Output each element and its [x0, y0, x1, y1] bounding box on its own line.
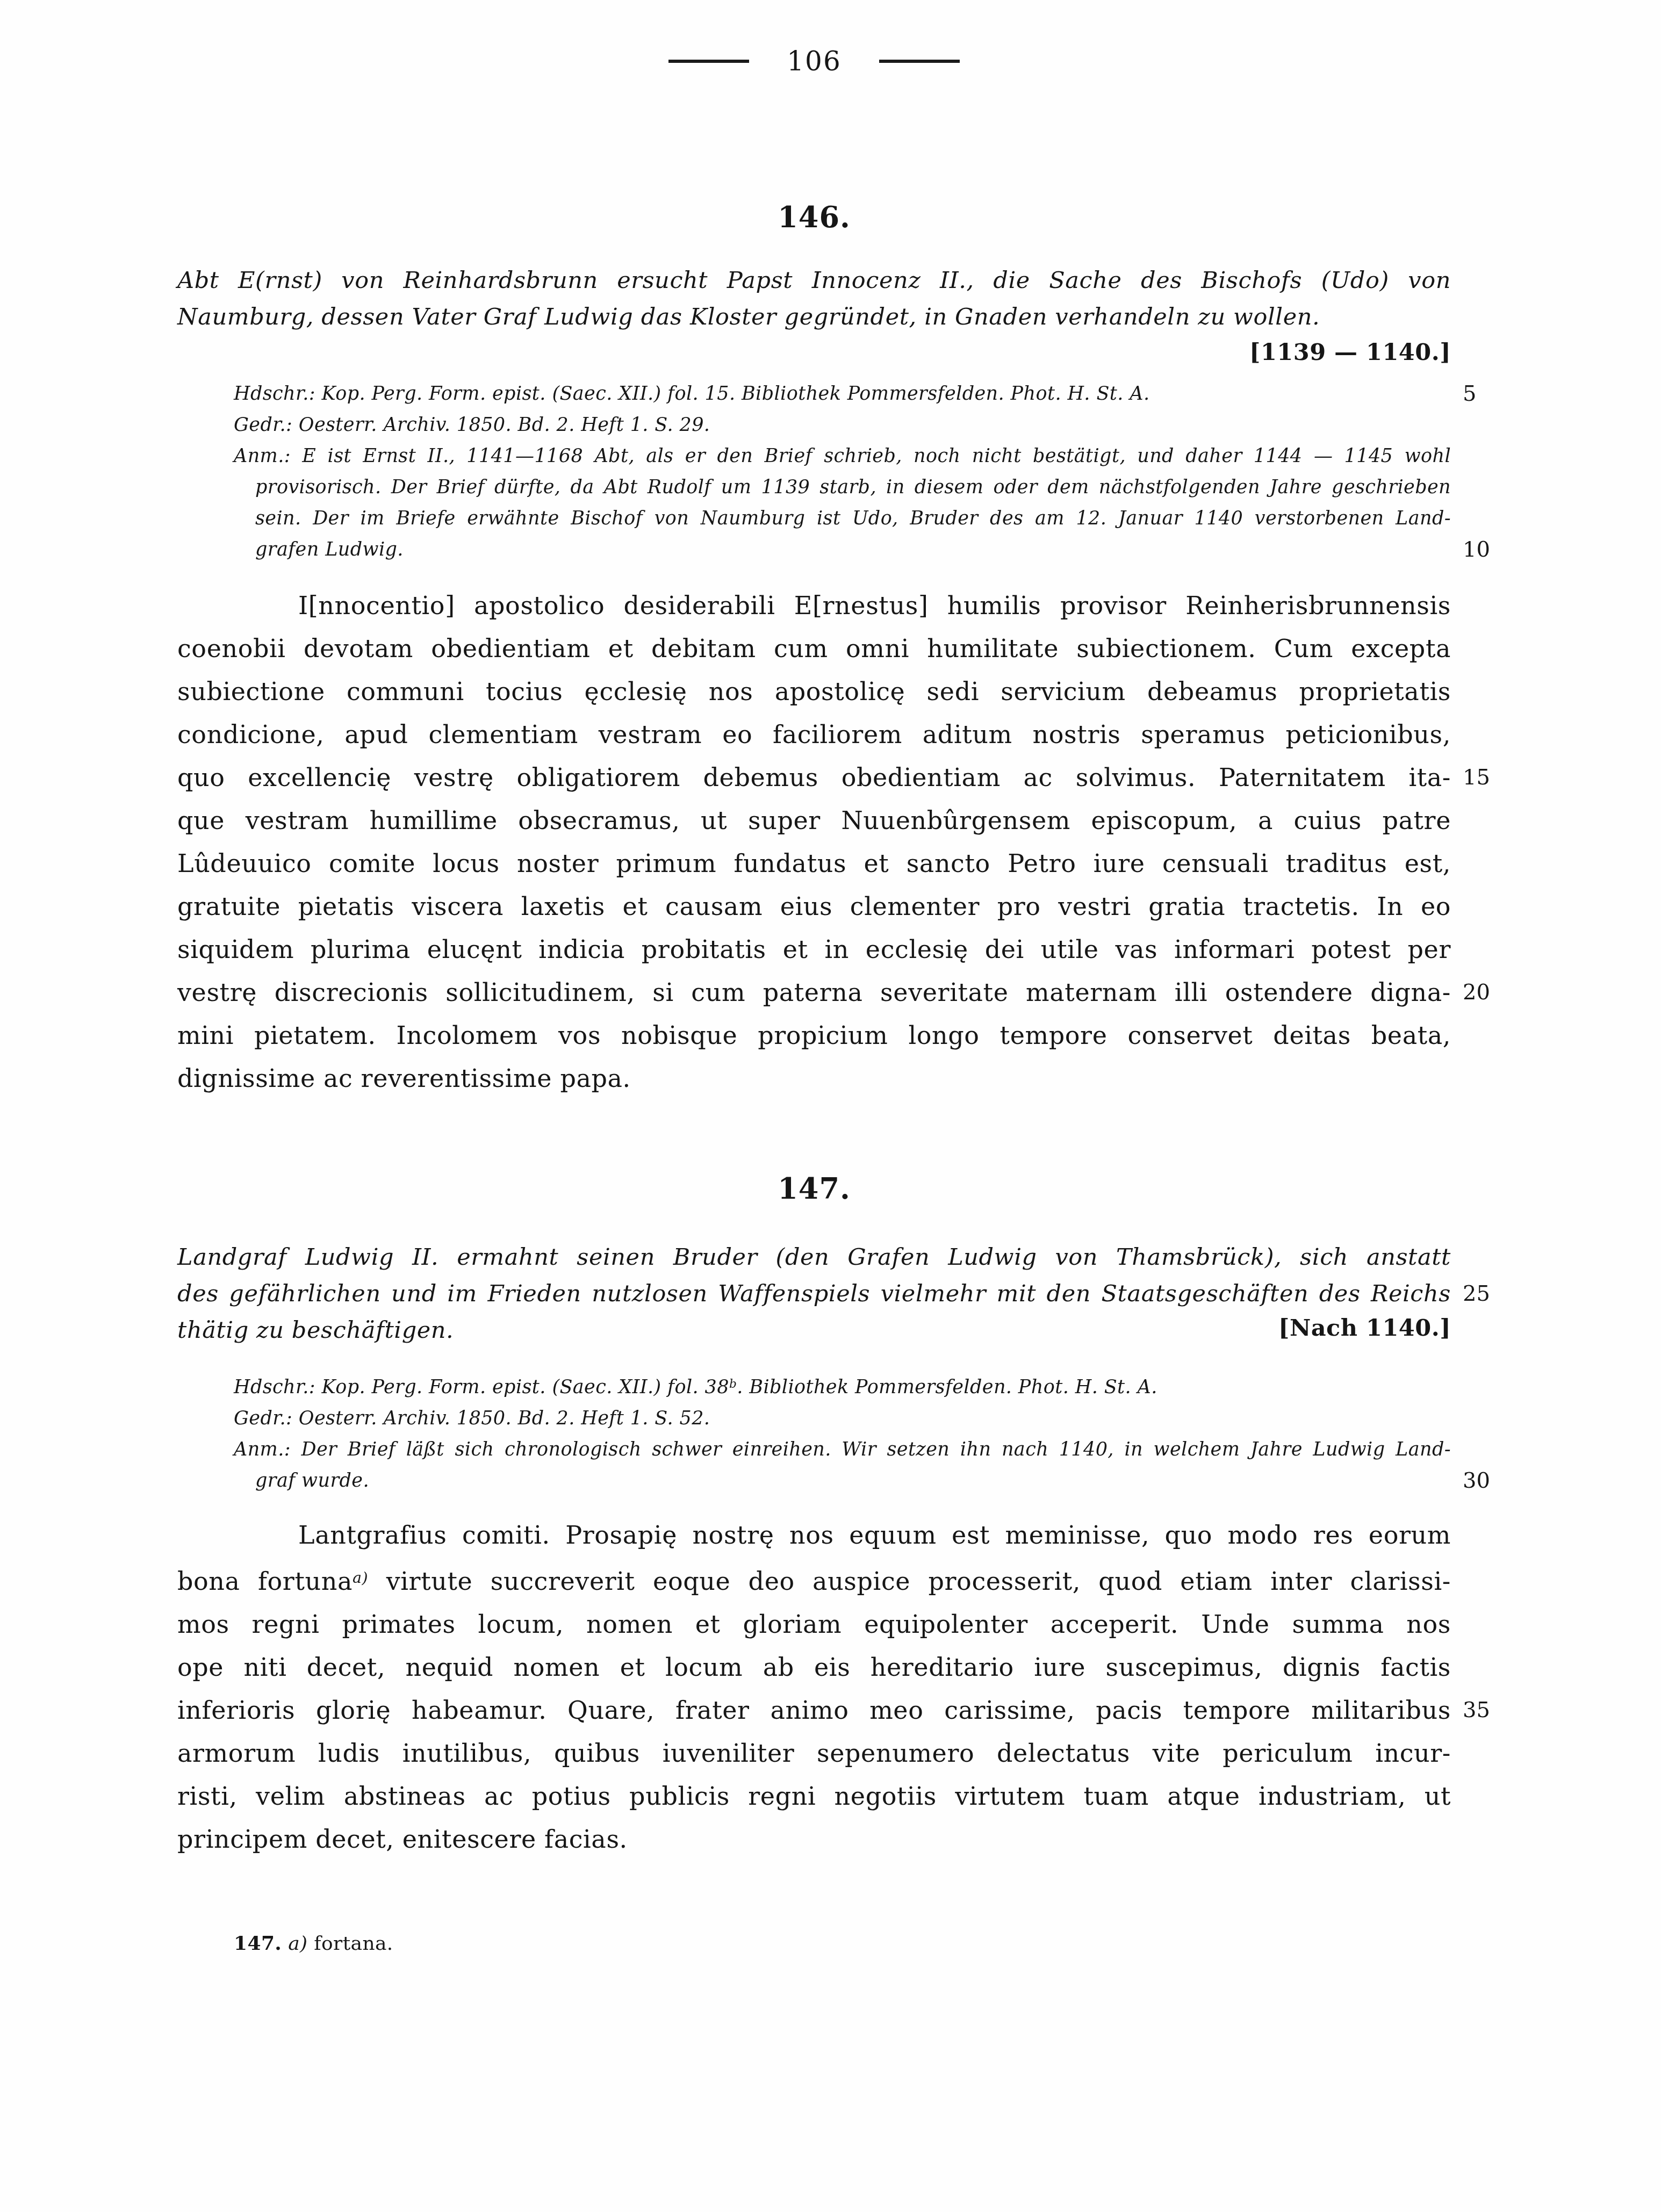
margin-line-number-15: 15: [1463, 756, 1522, 799]
header-left-rule: [668, 60, 749, 63]
footnote-doc-number: 147.: [234, 1932, 282, 1955]
doc146-summary-line: Abt E(rnst) von Reinhardsbrunn ersucht P…: [177, 262, 1451, 299]
doc147-body-line: mos regni primates locum, nomen et glori…: [177, 1603, 1451, 1646]
doc147-anm-line: Anm.: Der Brief läßt sich chronologisch …: [177, 1434, 1451, 1465]
doc146-heading: 146.: [177, 200, 1451, 234]
doc147-gedr-line: Gedr.: Oesterr. Archiv. 1850. Bd. 2. Hef…: [177, 1403, 1451, 1434]
doc147-date: [Nach 1140.]: [1278, 1312, 1451, 1344]
margin-line-number-10: 10: [1463, 534, 1522, 565]
body-text: bona fortuna: [177, 1567, 353, 1596]
doc146-body-line: coenobii devotam obedientiam et debitam …: [177, 627, 1451, 670]
body-text: quo excellencię vestrę obligatiorem debe…: [177, 763, 1451, 792]
doc147-body-line: ope niti decet, nequid nomen et locum ab…: [177, 1646, 1451, 1689]
doc146-anm-line: provisorisch. Der Brief dürfte, da Abt R…: [177, 472, 1451, 503]
doc146-body-line: vestrę discrecionis sollicitudinem, si c…: [177, 971, 1451, 1014]
doc146-body-line: gratuite pietatis viscera laxetis et cau…: [177, 885, 1451, 928]
gedr-label: Gedr.:: [234, 414, 292, 436]
doc146-body-line: I[nnocentio] apostolico desiderabili E[r…: [177, 584, 1451, 627]
body-text: inferioris glorię habeamur. Quare, frate…: [177, 1696, 1451, 1725]
doc146-summary-line: Naumburg, dessen Vater Graf Ludwig das K…: [177, 299, 1451, 335]
anm-text: graf wurde.: [255, 1470, 369, 1492]
page-header: 106: [177, 44, 1451, 78]
margin-line-number-5: 5: [1463, 378, 1522, 409]
margin-line-number-30: 30: [1463, 1465, 1522, 1496]
doc146-date: [1139 — 1140.]: [177, 336, 1451, 369]
hdschr-text: . Bibliothek Pommersfelden. Phot. H. St.…: [737, 1377, 1157, 1398]
doc147-summary-line: thätig zu beschäftigen.[Nach 1140.]: [177, 1312, 1451, 1349]
footnote-mark-superscript: a): [353, 1569, 368, 1587]
doc147-summary-line: des gefährlichen und im Frieden nutzlose…: [177, 1276, 1451, 1312]
doc147-hdschr-line: Hdschr.: Kop. Perg. Form. epist. (Saec. …: [177, 1369, 1451, 1403]
doc147-body-line: principem decet, enitescere facias.: [177, 1818, 1451, 1861]
doc147-heading: 147.: [177, 1171, 1451, 1206]
hdschr-text: Kop. Perg. Form. epist. (Saec. XII.) fol…: [315, 383, 1149, 405]
footnote: 147. a) fortana.: [177, 1930, 1507, 1957]
body-text: virtute succreverit eoque deo auspice pr…: [368, 1567, 1451, 1596]
hdschr-label: Hdschr.:: [234, 1377, 315, 1398]
doc146-body: I[nnocentio] apostolico desiderabili E[r…: [177, 584, 1451, 1100]
doc147-body-line: Lantgrafius comiti. Prosapię nostrę nos …: [177, 1514, 1451, 1557]
gedr-label: Gedr.:: [234, 1408, 292, 1429]
gedr-text: Oesterr. Archiv. 1850. Bd. 2. Heft 1. S.…: [292, 414, 710, 436]
doc146-body-line: condicione, apud clementiam vestram eo f…: [177, 713, 1451, 756]
anm-label: Anm.:: [234, 445, 291, 467]
doc147-body-line: armorum ludis inutilibus, quibus iuvenil…: [177, 1732, 1451, 1775]
doc147-summary: Landgraf Ludwig II. ermahnt seinen Brude…: [177, 1239, 1451, 1349]
doc147-references: Hdschr.: Kop. Perg. Form. epist. (Saec. …: [177, 1369, 1451, 1496]
doc147-body-line: risti, velim abstineas ac potius publici…: [177, 1775, 1451, 1818]
margin-line-number-35: 35: [1463, 1689, 1522, 1732]
anm-label: Anm.:: [234, 1439, 291, 1460]
body-text: vestrę discrecionis sollicitudinem, si c…: [177, 978, 1451, 1007]
anm-text: grafen Ludwig.: [255, 539, 404, 560]
summary-text: des gefährlichen und im Frieden nutzlose…: [177, 1280, 1451, 1307]
doc147-anm-line: graf wurde.30: [177, 1465, 1451, 1496]
doc146-body-line: dignissime ac reverentissime papa.: [177, 1057, 1451, 1100]
doc146-body-line: quo excellencię vestrę obligatiorem debe…: [177, 756, 1451, 799]
hdschr-text: Kop. Perg. Form. epist. (Saec. XII.) fol…: [315, 1377, 729, 1398]
doc147-body-line: inferioris glorię habeamur. Quare, frate…: [177, 1689, 1451, 1732]
header-right-rule: [879, 60, 960, 63]
doc146-anm-line: Anm.: E ist Ernst II., 1141—1168 Abt, al…: [177, 441, 1451, 472]
page-number: 106: [787, 46, 841, 77]
scanned-document-page: 106 146. Abt E(rnst) von Reinhardsbrunn …: [0, 0, 1661, 2212]
doc146-gedr-line: Gedr.: Oesterr. Archiv. 1850. Bd. 2. Hef…: [177, 409, 1451, 441]
doc146-body-line: subiectione communi tocius ęcclesię nos …: [177, 670, 1451, 713]
margin-line-number-20: 20: [1463, 971, 1522, 1014]
doc147-body: Lantgrafius comiti. Prosapię nostrę nos …: [177, 1514, 1451, 1861]
doc147-summary-line: Landgraf Ludwig II. ermahnt seinen Brude…: [177, 1239, 1451, 1276]
gedr-text: Oesterr. Archiv. 1850. Bd. 2. Heft 1. S.…: [292, 1408, 710, 1429]
doc146-body-line: siquidem plurima elucęnt indicia probita…: [177, 928, 1451, 971]
doc146-body-line: Lûdeuuico comite locus noster primum fun…: [177, 842, 1451, 885]
doc146-anm-line: sein. Der im Briefe erwähnte Bischof von…: [177, 503, 1451, 534]
anm-text: Der Brief läßt sich chronologisch schwer…: [291, 1439, 1451, 1460]
doc146-references: Hdschr.: Kop. Perg. Form. epist. (Saec. …: [177, 378, 1451, 565]
margin-line-number-25: 25: [1463, 1276, 1522, 1312]
doc146-body-line: mini pietatem. Incolomem vos nobisque pr…: [177, 1014, 1451, 1057]
doc146-summary: Abt E(rnst) von Reinhardsbrunn ersucht P…: [177, 262, 1451, 335]
doc146-hdschr-line: Hdschr.: Kop. Perg. Form. epist. (Saec. …: [177, 378, 1451, 409]
hdschr-label: Hdschr.:: [234, 383, 315, 405]
doc147-body-line: bona fortunaa) virtute succreverit eoque…: [177, 1557, 1451, 1603]
doc146-body-line: que vestram humillime obsecramus, ut sup…: [177, 799, 1451, 842]
folio-superscript: b: [729, 1378, 737, 1391]
summary-text: thätig zu beschäftigen.: [177, 1317, 454, 1344]
anm-text: E ist Ernst II., 1141—1168 Abt, als er d…: [291, 445, 1451, 467]
footnote-text: fortana.: [314, 1933, 393, 1955]
footnote-mark: a): [288, 1933, 307, 1955]
doc146-anm-line: grafen Ludwig.10: [177, 534, 1451, 565]
